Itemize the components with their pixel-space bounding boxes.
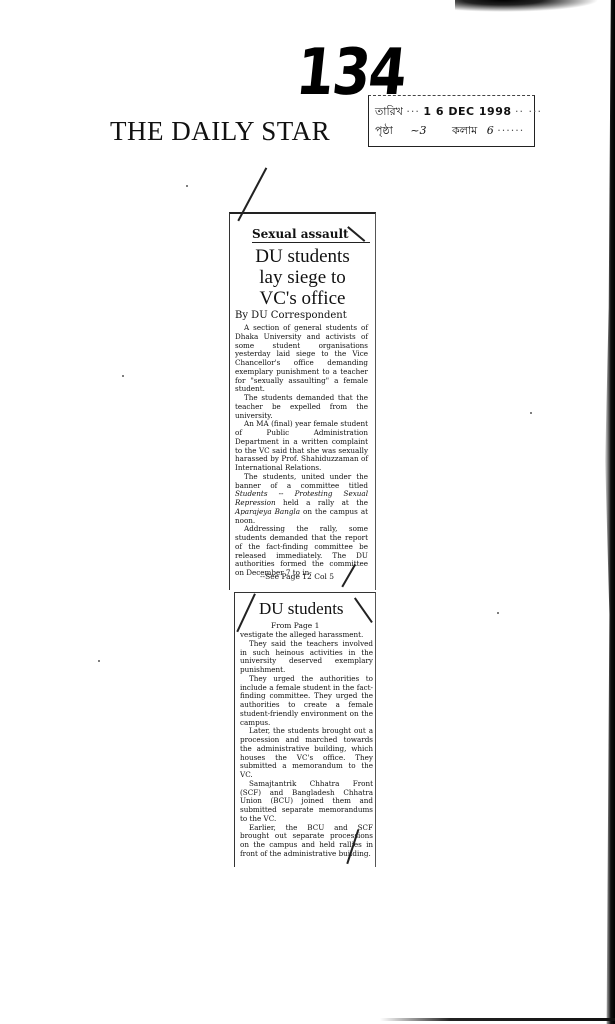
stamp-column-label: কলাম — [452, 124, 477, 137]
scan-edge-shadow — [601, 0, 615, 1024]
headline-line: VC's office — [240, 288, 365, 309]
article-jump-line: --See Page 12 Col 5 — [260, 572, 334, 581]
stamp-column-value: 6 — [487, 124, 494, 137]
stamp-dots: ······ — [497, 124, 524, 137]
headline-line: DU students — [240, 246, 365, 267]
article-clipping: Sexual assault DU students lay siege to … — [229, 212, 376, 590]
scan-smudge-top — [455, 0, 615, 14]
article-headline: DU students lay siege to VC's office — [240, 246, 365, 309]
body-paragraph: The students, united under the banner of… — [235, 473, 368, 526]
scan-speck — [497, 612, 499, 614]
body-paragraph: A section of general students of Dhaka U… — [235, 324, 368, 394]
article-kicker: Sexual assault — [252, 227, 370, 243]
continuation-clipping: DU students From Page 1 vestigate the al… — [234, 592, 376, 867]
body-paragraph: Samajtantrik Chhatra Front (SCF) and Ban… — [240, 780, 373, 824]
pen-mark — [236, 593, 255, 632]
article-byline: By DU Correspondent — [235, 310, 347, 321]
body-paragraph: Addressing the rally, some students dema… — [235, 525, 368, 578]
continuation-body: vestigate the alleged harassment.They sa… — [240, 631, 373, 859]
stamp-date-value: 1 6 DEC 1998 — [423, 105, 511, 118]
archive-date-stamp: তারিখ ··· 1 6 DEC 1998 ·· ··· পৃষ্ঠা ~3 … — [368, 95, 535, 147]
body-paragraph: They urged the authorities to include a … — [240, 675, 373, 728]
continuation-headline: DU students — [259, 599, 344, 619]
scan-speck — [122, 375, 124, 377]
body-paragraph: They said the teachers involved in such … — [240, 640, 373, 675]
headline-line: lay siege to — [240, 267, 365, 288]
stamp-page-label: পৃষ্ঠা — [375, 124, 393, 137]
body-paragraph: An MA (final) year female student of Pub… — [235, 420, 368, 473]
continuation-from-page: From Page 1 — [271, 621, 319, 630]
article-body: A section of general students of Dhaka U… — [235, 324, 368, 578]
stamp-date-row: তারিখ ··· 1 6 DEC 1998 ·· ··· — [375, 103, 542, 122]
stamp-page-value: ~3 — [410, 124, 426, 137]
stamp-page-row: পৃষ্ঠা ~3 কলাম 6 ······ — [375, 122, 524, 141]
body-paragraph: The students demanded that the teacher b… — [235, 394, 368, 420]
stamp-date-label: তারিখ — [375, 105, 403, 118]
body-paragraph: Later, the students brought out a proces… — [240, 727, 373, 780]
stamp-dots: ·· ··· — [515, 105, 542, 118]
newspaper-masthead: THE DAILY STAR — [110, 116, 330, 147]
pen-mark — [354, 597, 372, 622]
scan-speck — [530, 412, 532, 414]
scan-speck — [186, 185, 188, 187]
pen-mark — [237, 167, 266, 221]
stamp-dots: ··· — [406, 105, 420, 118]
scan-speck — [98, 660, 100, 662]
scan-edge-bottom — [380, 1018, 615, 1021]
